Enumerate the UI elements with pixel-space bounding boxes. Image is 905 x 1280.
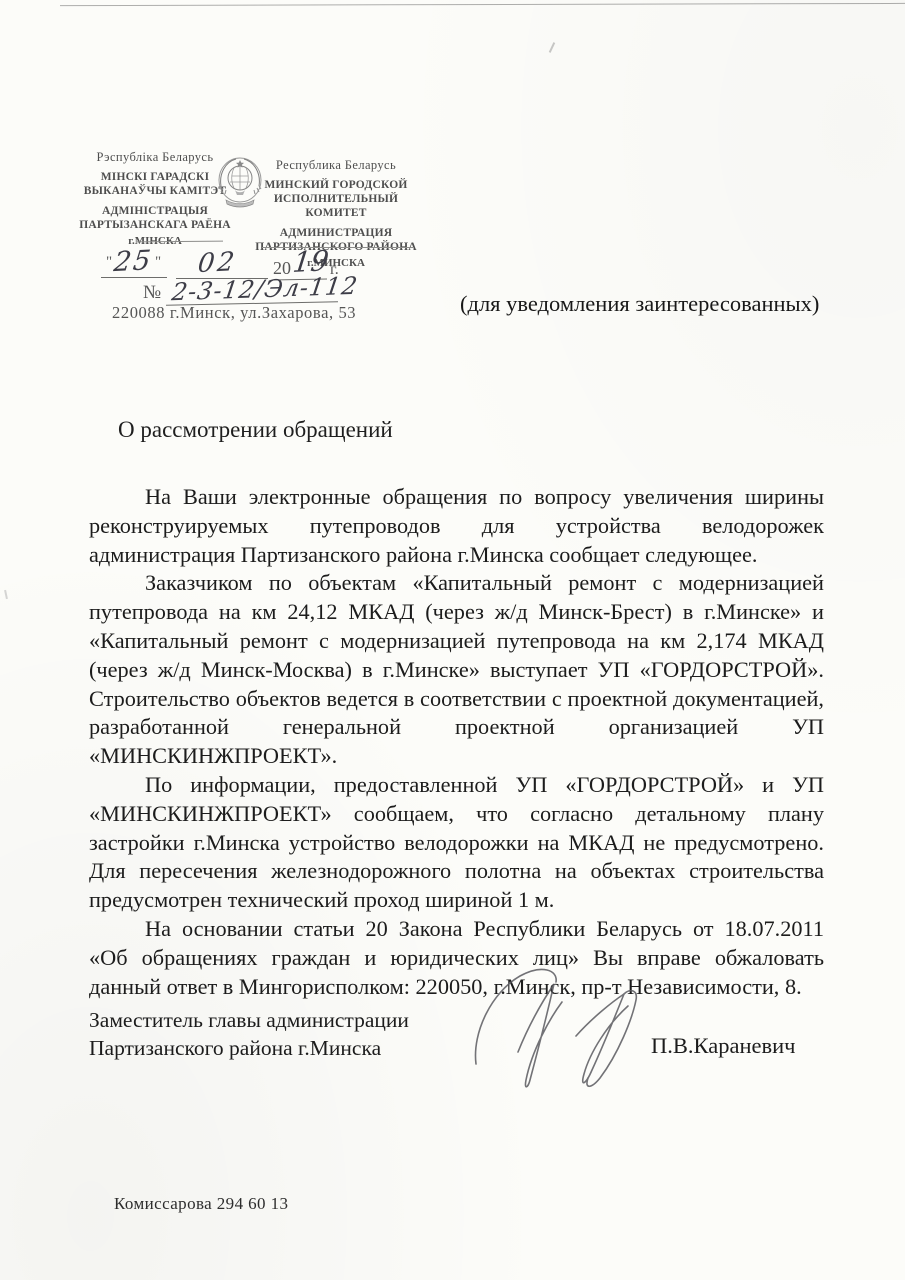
date-quote-open: " [106, 254, 112, 271]
letterhead-org-by-line2: ВЫКАНАЎЧЫ КАМІТЭТ [76, 184, 234, 198]
signer-position-line2: Партизанского района г.Минска [89, 1034, 409, 1062]
notice-line: (для уведомления заинтересованных) [460, 291, 819, 317]
letterhead-belarusian: Рэспубліка Беларусь МІНСКІ ГАРАДСКІ ВЫКА… [76, 150, 234, 247]
letterhead-russian: Республика Беларусь МИНСКИЙ ГОРОДСКОЙ ИС… [250, 158, 422, 269]
letterhead-country-ru: Республика Беларусь [250, 158, 422, 173]
paragraph-4: На основании статьи 20 Закона Республики… [89, 915, 824, 1001]
letterhead-org-ru-line2: ИСПОЛНИТЕЛЬНЫЙ КОМИТЕТ [250, 192, 422, 220]
signer-position-line1: Заместитель главы администрации [89, 1006, 409, 1034]
scan-edge-artifact [60, 3, 905, 6]
paragraph-2: Заказчиком по объектам «Капитальный ремо… [89, 569, 824, 771]
letterhead-admin-by-line2: ПАРТЫЗАНСКАГА РАЁНА [76, 218, 234, 232]
date-day-handwritten: 25 [112, 245, 154, 278]
handwritten-signature [458, 962, 668, 1102]
scan-artifact-2 [4, 590, 8, 599]
date-month-handwritten: 02 [196, 247, 239, 279]
letterhead-country-by: Рэспубліка Беларусь [76, 150, 234, 165]
letterhead-admin-by-line1: АДМІНІСТРАЦЫЯ [76, 204, 234, 218]
date-quote-close: " [155, 254, 161, 271]
paragraph-3: По информации, предоставленной УП «ГОРДО… [89, 771, 824, 915]
scanned-letter-page: Рэспубліка Беларусь МІНСКІ ГАРАДСКІ ВЫКА… [0, 0, 905, 1280]
number-label: № [143, 282, 161, 304]
date-day-underline [101, 277, 167, 278]
letterhead-org-ru-line1: МИНСКИЙ ГОРОДСКОЙ [250, 178, 422, 192]
signer-position: Заместитель главы администрации Партизан… [89, 1006, 409, 1062]
executor-contact: Комиссарова 294 60 13 [114, 1194, 288, 1214]
signer-name: П.В.Караневич [651, 1033, 795, 1059]
letterhead-admin-ru-line1: АДМИНИСТРАЦИЯ [250, 226, 422, 240]
paragraph-1: На Ваши электронные обращения по вопросу… [89, 483, 824, 569]
sender-address: 220088 г.Минск, ул.Захарова, 53 [112, 303, 356, 323]
letter-body: На Ваши электронные обращения по вопросу… [89, 483, 824, 1001]
scan-artifact-1 [549, 42, 555, 53]
letterhead-org-by-line1: МІНСКІ ГАРАДСКІ [76, 170, 234, 184]
subject-line: О рассмотрении обращений [118, 417, 393, 443]
form-rule-right [262, 247, 414, 248]
